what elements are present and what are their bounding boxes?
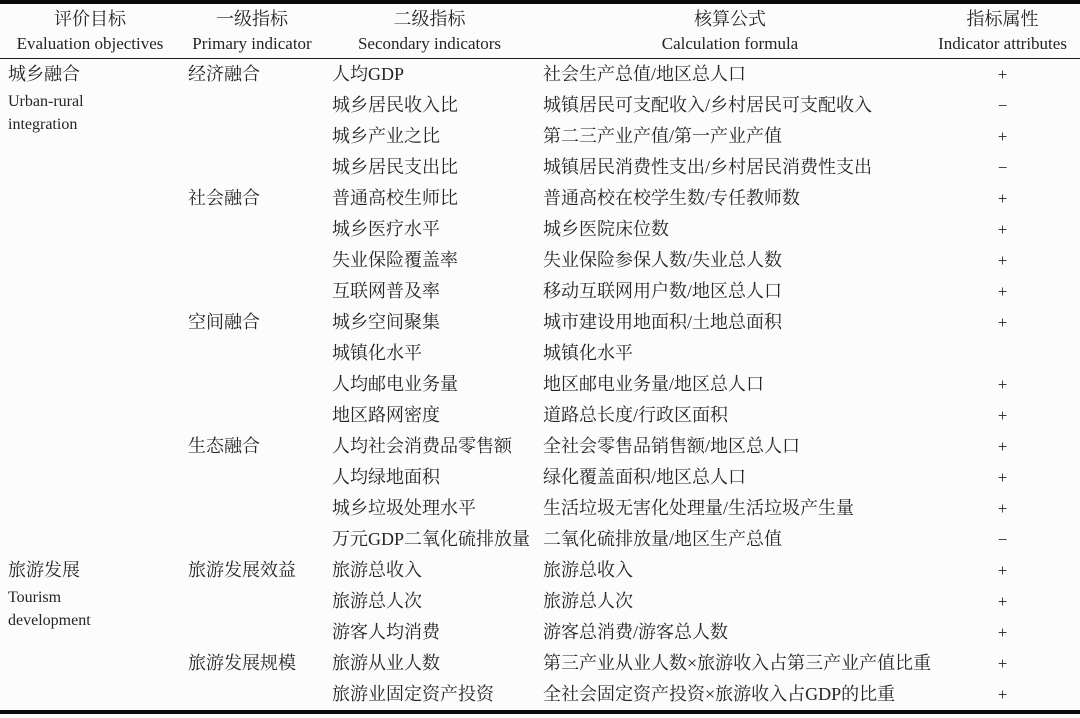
header-zh: 一级指标 [180, 6, 324, 32]
header-en: Calculation formula [535, 32, 925, 56]
table-header: 评价目标 Evaluation objectives 一级指标 Primary … [0, 2, 1080, 59]
secondary-indicator: 城镇化水平 [324, 338, 535, 369]
primary-indicator-cell: 旅游发展规模 [180, 648, 324, 712]
calculation-formula: 第三产业从业人数×旅游收入占第三产业产值比重 [535, 648, 925, 679]
header-en: Primary indicator [180, 32, 324, 56]
evaluation-objective-cell: 城乡融合 Urban-rural integration [0, 59, 180, 556]
calculation-formula: 城镇化水平 [535, 338, 925, 369]
primary-indicator-cell: 生态融合 [180, 431, 324, 555]
secondary-indicator: 互联网普及率 [324, 276, 535, 307]
calculation-formula: 全社会零售品销售额/地区总人口 [535, 431, 925, 462]
calculation-formula: 第二三产业产值/第一产业产值 [535, 121, 925, 152]
secondary-indicator: 人均邮电业务量 [324, 369, 535, 400]
calculation-formula: 城乡医院床位数 [535, 214, 925, 245]
indicator-attribute: + [925, 493, 1080, 524]
indicator-attribute: − [925, 90, 1080, 121]
primary-indicator-cell: 旅游发展效益 [180, 555, 324, 648]
header-secondary-indicators: 二级指标 Secondary indicators [324, 2, 535, 59]
calculation-formula: 社会生产总值/地区总人口 [535, 59, 925, 91]
secondary-indicator: 城乡居民支出比 [324, 152, 535, 183]
indicator-attribute: + [925, 276, 1080, 307]
objective-en: Urban-rural integration [8, 90, 120, 136]
evaluation-objective-cell: 旅游发展 Tourism development [0, 555, 180, 712]
indicator-attribute: + [925, 59, 1080, 91]
header-calculation-formula: 核算公式 Calculation formula [535, 2, 925, 59]
calculation-formula: 生活垃圾无害化处理量/生活垃圾产生量 [535, 493, 925, 524]
indicator-attribute: + [925, 648, 1080, 679]
secondary-indicator: 城乡医疗水平 [324, 214, 535, 245]
table-body: 城乡融合 Urban-rural integration 经济融合 人均GDP … [0, 59, 1080, 713]
indicator-attribute [925, 338, 1080, 369]
primary-indicator-cell: 社会融合 [180, 183, 324, 307]
objective-en: Tourism development [8, 586, 120, 632]
header-row: 评价目标 Evaluation objectives 一级指标 Primary … [0, 2, 1080, 59]
header-zh: 指标属性 [925, 6, 1080, 32]
secondary-indicator: 旅游业固定资产投资 [324, 679, 535, 712]
indicator-attribute: + [925, 555, 1080, 586]
objective-zh: 旅游发展 [8, 555, 180, 586]
header-zh: 二级指标 [324, 6, 535, 32]
table-row: 旅游发展 Tourism development 旅游发展效益 旅游总收入 旅游… [0, 555, 1080, 586]
secondary-indicator: 万元GDP二氧化硫排放量 [324, 524, 535, 555]
calculation-formula: 城镇居民消费性支出/乡村居民消费性支出 [535, 152, 925, 183]
header-primary-indicator: 一级指标 Primary indicator [180, 2, 324, 59]
secondary-indicator: 旅游总收入 [324, 555, 535, 586]
indicator-attribute: + [925, 307, 1080, 338]
secondary-indicator: 失业保险覆盖率 [324, 245, 535, 276]
objective-zh: 城乡融合 [8, 59, 180, 90]
secondary-indicator: 旅游总人次 [324, 586, 535, 617]
calculation-formula: 二氧化硫排放量/地区生产总值 [535, 524, 925, 555]
calculation-formula: 绿化覆盖面积/地区总人口 [535, 462, 925, 493]
indicator-attribute: + [925, 369, 1080, 400]
calculation-formula: 游客总消费/游客总人数 [535, 617, 925, 648]
indicator-attribute: + [925, 586, 1080, 617]
indicator-attribute: + [925, 183, 1080, 214]
secondary-indicator: 城乡空间聚集 [324, 307, 535, 338]
calculation-formula: 普通高校在校学生数/专任教师数 [535, 183, 925, 214]
indicator-attribute: + [925, 121, 1080, 152]
calculation-formula: 旅游总收入 [535, 555, 925, 586]
indicator-attribute: + [925, 431, 1080, 462]
secondary-indicator: 城乡居民收入比 [324, 90, 535, 121]
primary-indicator-cell: 空间融合 [180, 307, 324, 431]
secondary-indicator: 普通高校生师比 [324, 183, 535, 214]
calculation-formula: 城镇居民可支配收入/乡村居民可支配收入 [535, 90, 925, 121]
header-en: Secondary indicators [324, 32, 535, 56]
header-zh: 核算公式 [535, 6, 925, 32]
calculation-formula: 旅游总人次 [535, 586, 925, 617]
indicator-attribute: − [925, 524, 1080, 555]
calculation-formula: 全社会固定资产投资×旅游收入占GDP的比重 [535, 679, 925, 712]
header-zh: 评价目标 [0, 6, 180, 32]
header-indicator-attributes: 指标属性 Indicator attributes [925, 2, 1080, 59]
header-en: Indicator attributes [925, 32, 1080, 56]
secondary-indicator: 旅游从业人数 [324, 648, 535, 679]
secondary-indicator: 人均社会消费品零售额 [324, 431, 535, 462]
indicator-attribute: + [925, 679, 1080, 712]
calculation-formula: 城市建设用地面积/土地总面积 [535, 307, 925, 338]
secondary-indicator: 人均GDP [324, 59, 535, 91]
calculation-formula: 移动互联网用户数/地区总人口 [535, 276, 925, 307]
indicator-attribute: + [925, 462, 1080, 493]
primary-indicator-cell: 经济融合 [180, 59, 324, 184]
secondary-indicator: 城乡垃圾处理水平 [324, 493, 535, 524]
secondary-indicator: 地区路网密度 [324, 400, 535, 431]
header-evaluation-objectives: 评价目标 Evaluation objectives [0, 2, 180, 59]
calculation-formula: 失业保险参保人数/失业总人数 [535, 245, 925, 276]
secondary-indicator: 人均绿地面积 [324, 462, 535, 493]
header-en: Evaluation objectives [0, 32, 180, 56]
indicator-attribute: + [925, 400, 1080, 431]
secondary-indicator: 游客人均消费 [324, 617, 535, 648]
calculation-formula: 地区邮电业务量/地区总人口 [535, 369, 925, 400]
indicator-attribute: − [925, 152, 1080, 183]
indicator-attribute: + [925, 245, 1080, 276]
indicator-attribute: + [925, 214, 1080, 245]
table-row: 城乡融合 Urban-rural integration 经济融合 人均GDP … [0, 59, 1080, 91]
indicator-system-table: 评价目标 Evaluation objectives 一级指标 Primary … [0, 0, 1080, 714]
secondary-indicator: 城乡产业之比 [324, 121, 535, 152]
calculation-formula: 道路总长度/行政区面积 [535, 400, 925, 431]
indicator-attribute: + [925, 617, 1080, 648]
